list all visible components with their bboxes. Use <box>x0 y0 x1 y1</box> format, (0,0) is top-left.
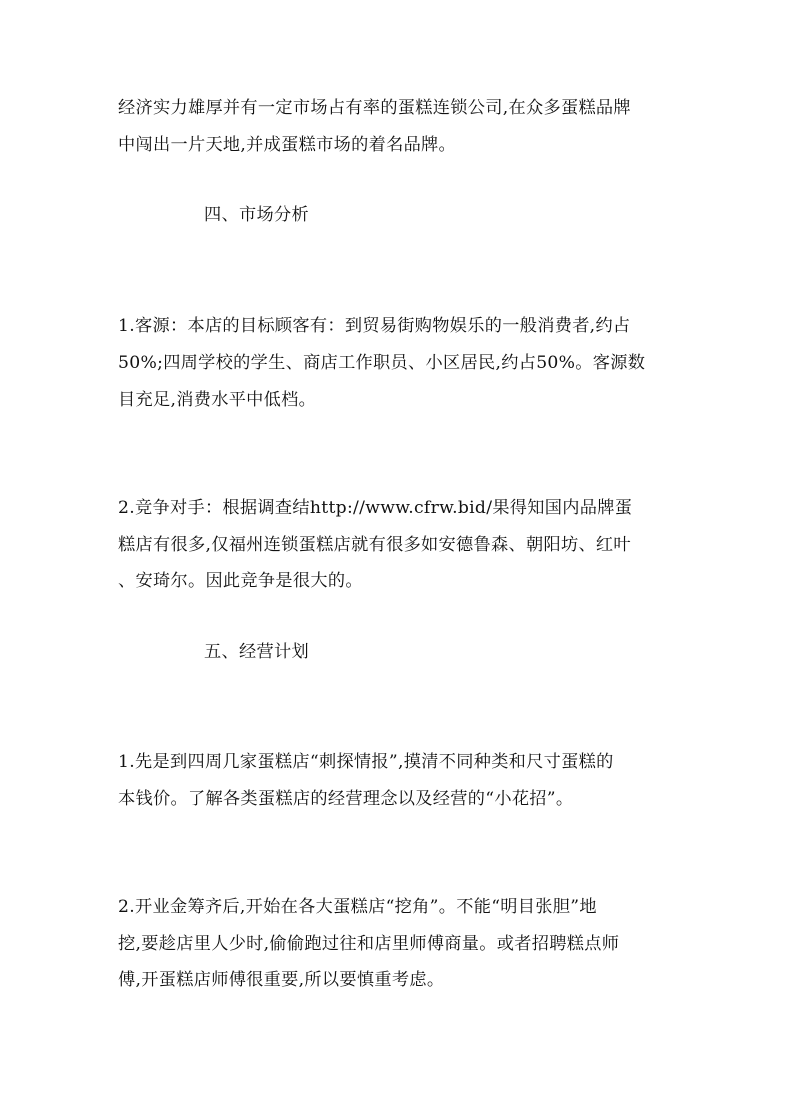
text-line: 中闯出一片天地,并成蛋糕市场的着名品牌。 <box>118 134 456 156</box>
text-line: 糕店有很多,仅福州连锁蛋糕店就有很多如安德鲁森、朝阳坊、红叶 <box>118 534 631 556</box>
text-line: 2.竞争对手：根据调查结http://www.cfrw.bid/果得知国内品牌蛋 <box>118 497 632 519</box>
section-heading-business-plan: 五、经营计划 <box>204 641 309 663</box>
text-line: 目充足,消费水平中低档。 <box>118 389 316 411</box>
section-heading-market-analysis: 四、市场分析 <box>204 204 309 226</box>
text-line: 本钱价。了解各类蛋糕店的经营理念以及经营的“小花招”。 <box>118 788 573 810</box>
text-line: 1.客源：本店的目标顾客有：到贸易街购物娱乐的一般消费者,约占 <box>118 315 630 337</box>
text-line: 50%;四周学校的学生、商店工作职员、小区居民,约占50%。客源数 <box>118 352 645 374</box>
text-line: 2.开业金筹齐后,开始在各大蛋糕店“挖角”。不能“明目张胆”地 <box>118 896 597 918</box>
text-line: 经济实力雄厚并有一定市场占有率的蛋糕连锁公司,在众多蛋糕品牌 <box>118 97 631 119</box>
text-line: 1.先是到四周几家蛋糕店“刺探情报”,摸清不同种类和尺寸蛋糕的 <box>118 751 614 773</box>
text-line: 傅,开蛋糕店师傅很重要,所以要慎重考虑。 <box>118 969 444 991</box>
text-line: 挖,要趁店里人少时,偷偷跑过往和店里师傅商量。或者招聘糕点师 <box>118 933 619 955</box>
text-line: 、安琦尔。因此竞争是很大的。 <box>118 570 363 592</box>
